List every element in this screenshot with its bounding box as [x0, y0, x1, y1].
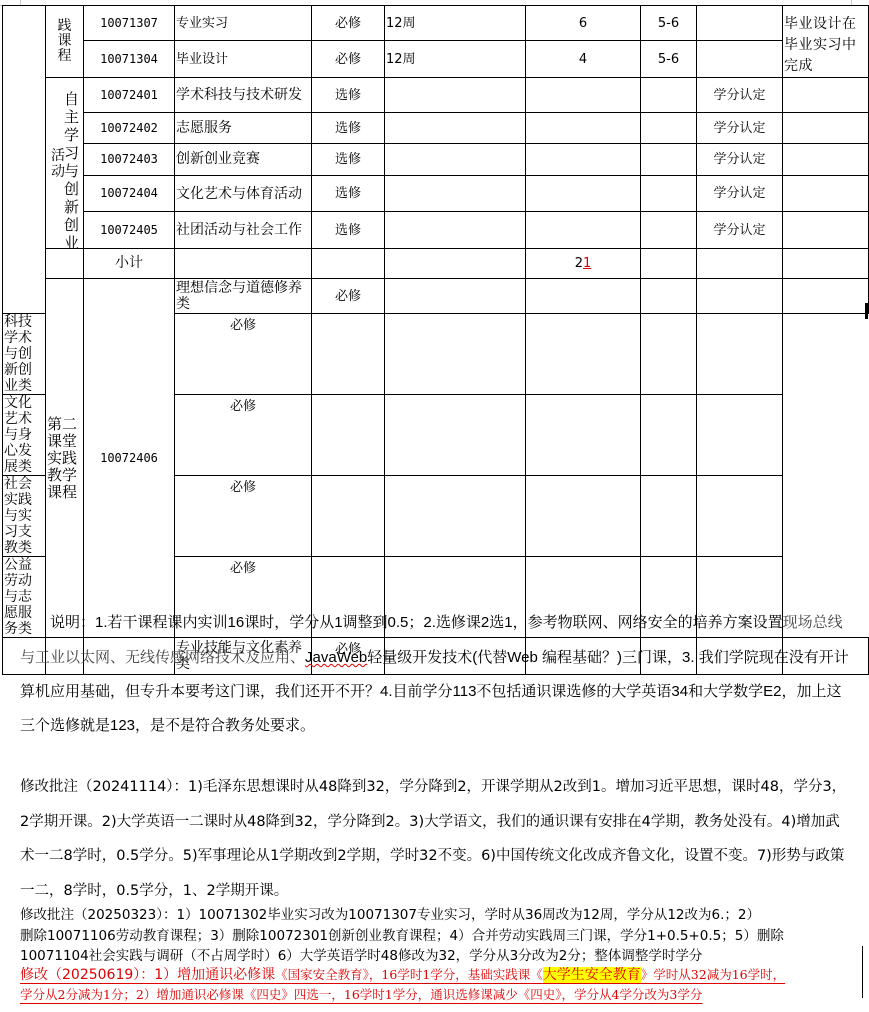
empty-cell — [312, 395, 385, 476]
course-assess: 学分认定 — [697, 212, 783, 249]
course-code: 10072401 — [84, 78, 175, 113]
course-assess: 学分认定 — [697, 78, 783, 113]
revision-note-20241114: 修改批注（20241114）：1)毛泽东思想课时从48降到32，学分降到2，开课… — [20, 770, 850, 908]
course-assess — [697, 6, 783, 41]
subtotal-credits-inserted: 1 — [583, 256, 591, 271]
revision-lead: 修改（20250619）：1）增加通识必修课 — [20, 967, 275, 983]
empty-cell — [526, 176, 641, 212]
table-row: 10072405 社团活动与社会工作 选修 学分认定 — [3, 212, 869, 249]
empty-cell — [697, 395, 783, 476]
course-name: 社会实践与实习支教类 — [3, 476, 46, 557]
course-name: 文化艺术与体育活动 — [175, 176, 312, 212]
course-name: 科技学术与创新创业类 — [3, 314, 46, 395]
course-code: 10071304 — [84, 41, 175, 78]
empty-cell — [312, 314, 385, 395]
empty-cell — [312, 476, 385, 557]
revision-note-20250323: 修改批注（20250323）：1）10071302毕业实习改为10071307专… — [20, 905, 850, 967]
subtotal-row: 小计 21 — [3, 249, 869, 279]
empty-cell — [385, 249, 526, 279]
revision-line: 删除10071106劳动教育课程；3）删除10072301创新创业教育课程；4）… — [20, 926, 850, 947]
empty-cell — [641, 212, 697, 249]
table-row: 践 课 程 10071307 专业实习 必修 12周 6 5-6 毕业设计在毕业… — [3, 6, 869, 41]
empty-cell — [385, 279, 526, 314]
course-code: 10072404 — [84, 176, 175, 212]
empty-cell — [641, 78, 697, 113]
empty-cell — [783, 144, 869, 176]
empty-cell — [385, 78, 526, 113]
group-label-text: 第二课堂实践教学课程 — [47, 416, 83, 501]
course-name: 创新创业竞赛 — [175, 144, 312, 176]
revision-note-20250619: 修改（20250619）：1）增加通识必修课《国家安全教育》，16学时1学分，基… — [20, 965, 850, 1005]
revision-text: 《国家安全教育》，16学时1学分，基础实践课《 — [275, 967, 543, 982]
table-row: 10072404 文化艺术与体育活动 选修 学分认定 — [3, 176, 869, 212]
course-semester: 5-6 — [641, 6, 697, 41]
revision-text: 修改批注（20241114）：1)毛泽东思想课时从48降到32，学分降到2，开课… — [20, 770, 850, 908]
course-code: 10072403 — [84, 144, 175, 176]
course-name: 毕业设计 — [175, 41, 312, 78]
empty-cell — [526, 314, 641, 395]
course-hours: 12周 — [385, 6, 526, 41]
empty-cell — [385, 476, 526, 557]
course-type: 必修 — [175, 314, 312, 395]
group-label-text: 践 课 程 — [46, 19, 83, 64]
empty-cell — [526, 476, 641, 557]
text-cursor — [865, 303, 868, 319]
empty-cell — [783, 176, 869, 212]
empty-cell — [641, 144, 697, 176]
empty-cell — [526, 78, 641, 113]
revision-text: 》学时从32减为16学时， — [641, 967, 785, 982]
course-credits: 4 — [526, 41, 641, 78]
empty-cell — [697, 249, 783, 279]
table-row: 活动 自主学习与创新创业 10072401 学术科技与技术研发 选修 学分认定 — [3, 78, 869, 113]
table-row: 10072402 志愿服务 选修 学分认定 — [3, 113, 869, 144]
course-type: 必修 — [312, 6, 385, 41]
empty-cell — [783, 249, 869, 279]
empty-cell — [46, 249, 84, 279]
subtotal-credits-base: 2 — [575, 256, 583, 271]
empty-cell — [641, 113, 697, 144]
empty-cell — [526, 144, 641, 176]
empty-cell — [526, 212, 641, 249]
group-label-second-class: 第二课堂实践教学课程 — [46, 279, 84, 638]
empty-cell — [641, 249, 697, 279]
empty-cell — [385, 176, 526, 212]
course-name: 理想信念与道德修养类 — [175, 279, 312, 314]
course-type: 必修 — [175, 476, 312, 557]
course-code: 10072405 — [84, 212, 175, 249]
table-row: 10072403 创新创业竞赛 选修 学分认定 — [3, 144, 869, 176]
group-label-sub: 活动 — [51, 148, 65, 180]
course-type: 必修 — [312, 279, 385, 314]
empty-cell — [641, 279, 697, 314]
course-name: 专业实习 — [175, 6, 312, 41]
course-name: 志愿服务 — [175, 113, 312, 144]
course-credits: 6 — [526, 6, 641, 41]
course-remark: 毕业设计在毕业实习中完成 — [783, 6, 869, 78]
empty-cell — [783, 78, 869, 113]
course-type: 选修 — [312, 113, 385, 144]
revision-line: 10071104社会实践与调研（不占周学时）6）大学英语学时48修改为32，学分… — [20, 946, 850, 967]
group-label-self-study: 活动 自主学习与创新创业 — [46, 78, 84, 249]
course-assess — [697, 41, 783, 78]
subtotal-label: 小计 — [84, 249, 175, 279]
empty-cell — [385, 212, 526, 249]
empty-cell — [783, 113, 869, 144]
empty-cell — [385, 314, 526, 395]
table-row: 第二课堂实践教学课程 10072406 理想信念与道德修养类 必修 — [3, 279, 869, 314]
course-type: 必修 — [312, 41, 385, 78]
empty-cell — [385, 113, 526, 144]
group-label-main: 自主学习与创新创业 — [64, 90, 79, 249]
empty-cell — [783, 212, 869, 249]
curriculum-table: 践 课 程 10071307 专业实习 必修 12周 6 5-6 毕业设计在毕业… — [2, 5, 869, 675]
empty-cell — [526, 395, 641, 476]
empty-cell — [175, 249, 312, 279]
empty-cell — [385, 395, 526, 476]
course-type: 必修 — [175, 395, 312, 476]
course-type: 选修 — [312, 78, 385, 113]
revision-change-bar — [862, 946, 863, 998]
empty-cell — [526, 113, 641, 144]
course-code: 10072402 — [84, 113, 175, 144]
empty-cell — [385, 144, 526, 176]
course-code: 10072406 — [84, 279, 175, 638]
course-type: 选修 — [312, 212, 385, 249]
course-hours: 12周 — [385, 41, 526, 78]
course-name: 学术科技与技术研发 — [175, 78, 312, 113]
highlighted-course: 大学生安全教育 — [543, 967, 641, 983]
empty-cell — [312, 249, 385, 279]
subtotal-credits: 21 — [526, 249, 641, 279]
category-cell — [3, 6, 46, 314]
course-type: 选修 — [312, 176, 385, 212]
empty-cell — [641, 395, 697, 476]
course-assess: 学分认定 — [697, 176, 783, 212]
course-name: 文化艺术与身心发展类 — [3, 395, 46, 476]
group-label-practice: 践 课 程 — [46, 6, 84, 78]
empty-cell — [526, 279, 641, 314]
empty-cell — [697, 314, 783, 395]
empty-cell — [697, 476, 783, 557]
empty-cell — [641, 314, 697, 395]
empty-cell — [641, 476, 697, 557]
course-code: 10071307 — [84, 6, 175, 41]
empty-cell — [783, 279, 869, 314]
revision-line: 学分从2分减为1分；2）增加通识必修课《四史》四选一，16学时1学分，通识选修课… — [20, 985, 850, 1005]
spellcheck-word[interactable]: JavaWeb — [305, 649, 367, 666]
explanation-text-1: 说明：1.若干课程课内实训16课时，学分从1调整到0.5；2.选修课2选1，参考… — [50, 614, 783, 631]
course-assess: 学分认定 — [697, 113, 783, 144]
course-name: 社团活动与社会工作 — [175, 212, 312, 249]
explanation-paragraph: 说明：1.若干课程课内实训16课时，学分从1调整到0.5；2.选修课2选1，参考… — [20, 605, 850, 743]
table-row: 10071304 毕业设计 必修 12周 4 5-6 — [3, 41, 869, 78]
course-type: 选修 — [312, 144, 385, 176]
empty-cell — [697, 279, 783, 314]
empty-cell — [641, 176, 697, 212]
revision-line: 修改批注（20250323）：1）10071302毕业实习改为10071307专… — [20, 905, 850, 926]
course-semester: 5-6 — [641, 41, 697, 78]
course-assess: 学分认定 — [697, 144, 783, 176]
